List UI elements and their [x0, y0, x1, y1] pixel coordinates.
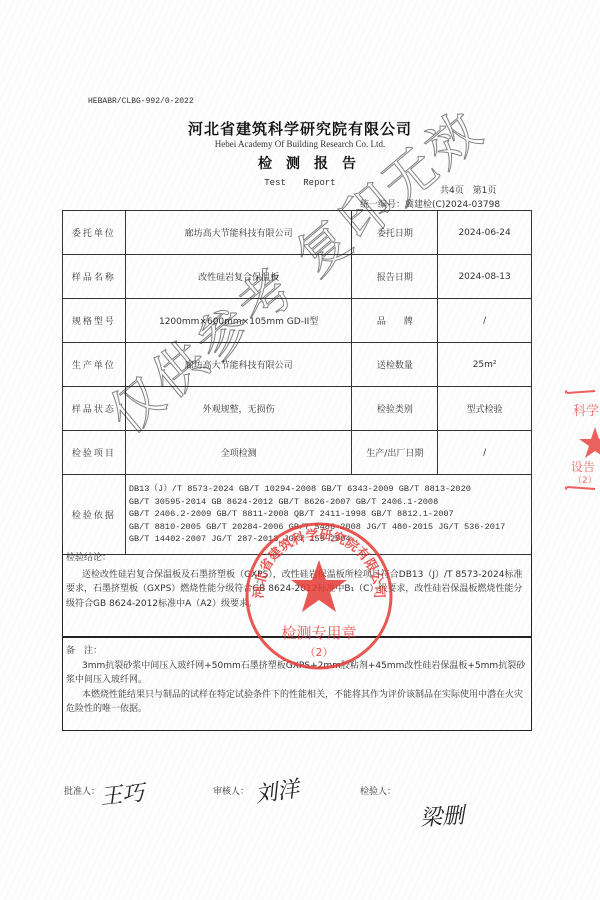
approver-label: 批准人： [64, 784, 100, 797]
field-value: 全项检测 [125, 431, 352, 475]
field-label: 送检数量 [352, 343, 438, 387]
reviewer-label: 审核人： [213, 784, 249, 797]
field-label: 品 牌 [352, 299, 438, 343]
field-value: 2024-08-13 [438, 255, 532, 299]
field-label: 生产/出厂日期 [352, 431, 438, 475]
field-label: 规格型号 [63, 299, 126, 343]
svg-text:（2）: （2） [305, 646, 334, 659]
basis-label: 检验依据 [63, 475, 126, 555]
approver-signature: 王巧 [99, 776, 146, 811]
field-value: 2024-06-24 [438, 211, 532, 255]
basis-line: GB/T 30595-2014 GB 8624-2012 GB/T 8626-2… [129, 496, 528, 509]
field-label: 检验项目 [63, 431, 126, 475]
svg-text:设告: 设告 [571, 459, 595, 474]
field-value: / [438, 431, 532, 475]
remarks-para-2: 本燃烧性能结果只与制品的试样在特定试验条件下的性能相关，不能将其作为评价该制品在… [66, 688, 528, 717]
field-value: 型式检验 [438, 387, 532, 431]
svg-text:（2）: （2） [573, 475, 597, 486]
document-code: HEBABR/CLBG-992/0-2022 [88, 97, 194, 106]
svg-text:检测专用章: 检测专用章 [281, 624, 356, 642]
report-title: 检测报告 [0, 153, 600, 173]
field-value: 25m² [438, 343, 532, 387]
official-seal-icon: 河北省建筑科学研究院有限公司 检测专用章 （2） [243, 520, 395, 672]
inspector-label: 检验人： [360, 784, 396, 797]
reviewer-signature: 刘洋 [253, 772, 301, 809]
field-label: 检验类别 [352, 387, 438, 431]
organization-name-en: Hebei Academy Of Building Research Co. L… [0, 139, 600, 149]
organization-name: 河北省建筑科学研究院有限公司 [0, 118, 600, 139]
basis-line: DB13（J）/T 8573-2024 GB/T 10294-2008 GB/T… [129, 483, 528, 496]
edge-seal-icon: 科学 设告 （2） [565, 385, 600, 495]
field-value: / [438, 299, 532, 343]
inspector-signature: 梁删 [419, 799, 465, 833]
report-title-en: Test Report [0, 178, 600, 188]
svg-text:科学: 科学 [573, 403, 599, 419]
field-label: 委托单位 [63, 211, 126, 255]
field-label: 报告日期 [352, 255, 438, 299]
basis-line: GB/T 2406.2-2009 GB/T 8811-2008 QB/T 241… [129, 508, 528, 521]
field-label: 样品名称 [63, 255, 126, 299]
